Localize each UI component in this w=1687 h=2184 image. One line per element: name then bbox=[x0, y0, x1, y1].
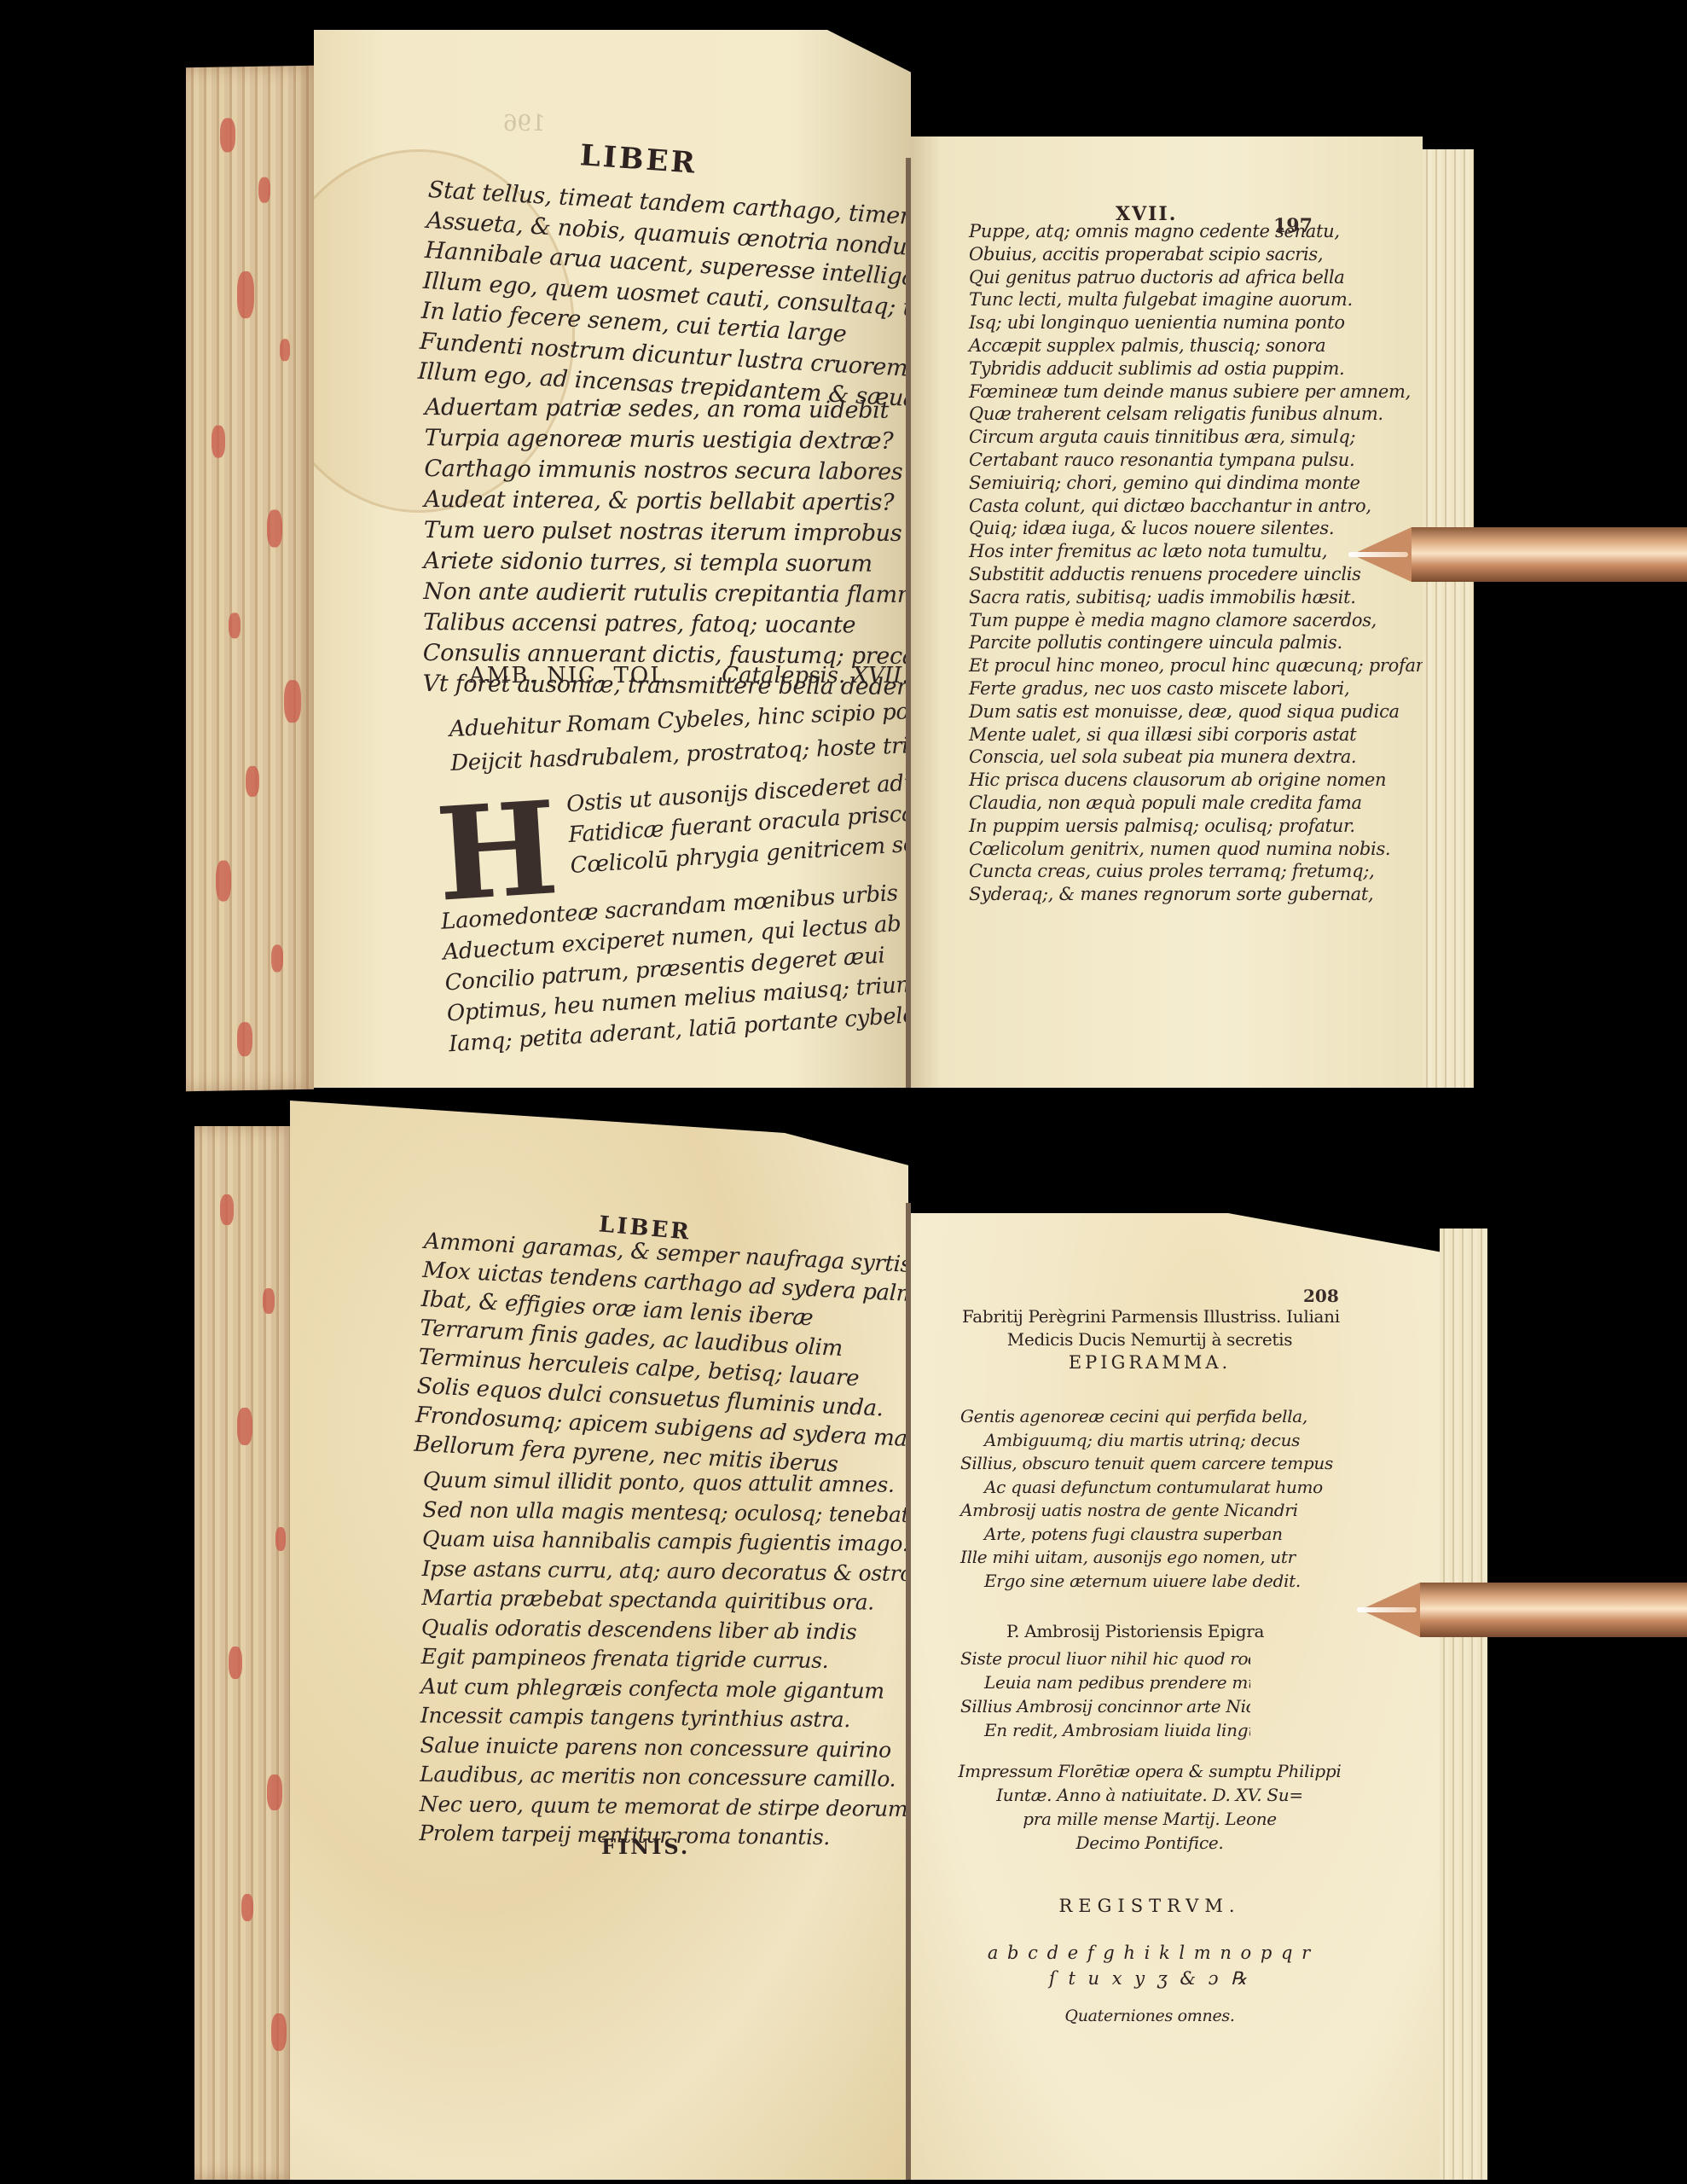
verse-line: Egit pampineos frenata tigride currus. bbox=[420, 1642, 908, 1677]
pencil-body bbox=[1412, 527, 1687, 582]
register-note: Quaterniones omnes. bbox=[979, 2007, 1320, 2025]
ghost-folio: 196 bbox=[503, 111, 546, 136]
register-row: a b c d e f g h i k l m n o p q r bbox=[979, 1943, 1320, 1963]
colophon-line: Impressum Florētiæ opera & sumptu Philip… bbox=[954, 1759, 1346, 1783]
verse-line: Ferte gradus, nec uos casto miscete labo… bbox=[969, 677, 1423, 700]
colophon-line: pra mille mense Martij. Leone bbox=[954, 1807, 1346, 1831]
section-title: Catalepsis. XVII. bbox=[722, 663, 908, 688]
left-page-top: 196 LIBER Stat tellus, timeat tandem car… bbox=[314, 30, 911, 1088]
verse-line: Carthago immunis nostros secura labores bbox=[424, 454, 911, 489]
verse-line: Hic prisca ducens clausorum ab origine n… bbox=[969, 769, 1423, 792]
top-book-spread: 196 LIBER Stat tellus, timeat tandem car… bbox=[0, 0, 1687, 1092]
verse-block-upper: Stat tellus, timeat tandem carthago, tim… bbox=[417, 175, 911, 420]
pencil-tip-icon bbox=[1352, 527, 1412, 582]
verse-line: Accæpit supplex palmis, thusciq; sonora bbox=[969, 334, 1423, 357]
verse-line: Et procul hinc moneo, procul hinc quæcun… bbox=[969, 654, 1423, 677]
pencil-pointer-top bbox=[1352, 527, 1687, 582]
verse-block-upper: Ammoni garamas, & semper naufraga syrtis… bbox=[414, 1227, 908, 1484]
verse-line: Martia præbebat spectanda quiritibus ora… bbox=[421, 1583, 908, 1618]
pencil-pointer-bottom bbox=[1360, 1583, 1687, 1637]
verse-line: Quæ traherent celsam religatis funibus a… bbox=[969, 403, 1423, 426]
epigram-line: Sillius, obscuro tenuit quem carcere tem… bbox=[960, 1452, 1333, 1476]
register-row: ſ t u x y ʒ & ɔ ℞ bbox=[979, 1968, 1320, 1989]
verse-line: Quum simul illidit ponto, quos attulit a… bbox=[423, 1466, 908, 1501]
epigram-line: Ergo sine æternum uiuere labe dedit. bbox=[960, 1570, 1333, 1594]
verse-line: Syderaq;, & manes regnorum sorte guberna… bbox=[969, 883, 1423, 906]
verse-block-middle: Aduertam patriæ sedes, an roma uidebit T… bbox=[422, 392, 911, 704]
verse-line: Sacra ratis, subitisq; uadis immobilis h… bbox=[969, 586, 1423, 609]
left-page-bottom: LIBER Ammoni garamas, & semper naufraga … bbox=[290, 1101, 908, 2180]
verse-line: Cœlicolum genitrix, numen quod numina no… bbox=[969, 838, 1423, 861]
colophon-line: Decimo Pontifice. bbox=[954, 1831, 1346, 1855]
colophon: Impressum Florētiæ opera & sumptu Philip… bbox=[954, 1759, 1346, 1855]
right-page-top: XVII. 197 Puppe, atq; omnis magno cedent… bbox=[911, 136, 1423, 1088]
epigram-line: En redit, Ambrosiam liuida lingua fu bbox=[960, 1718, 1250, 1742]
epigram-line: Ac quasi defunctum contumularat humo bbox=[960, 1476, 1333, 1500]
page-number: 208 bbox=[1303, 1286, 1339, 1306]
verse-line: Certabant rauco resonantia tympana pulsu… bbox=[969, 449, 1423, 472]
verse-line: Semiuiriq; chori, gemino qui dindima mon… bbox=[969, 472, 1423, 495]
second-epigram: Siste procul liuor nihil hic quod rodere… bbox=[960, 1647, 1250, 1742]
verse-line: Tum uero pulset nostras iterum improbus … bbox=[424, 515, 911, 550]
book-spine-bottom bbox=[194, 1126, 297, 2180]
verse-line: Circum arguta cauis tinnitibus æra, simu… bbox=[969, 426, 1423, 449]
verse-line: Dum satis est monuisse, deæ, quod siqua … bbox=[969, 700, 1423, 723]
dedication: Fabritij Perègrini Parmensis Illustriss.… bbox=[962, 1305, 1337, 1351]
verse-line: Aduertam patriæ sedes, an roma uidebit bbox=[425, 392, 911, 427]
verse-line: Claudia, non æquà populi male credita fa… bbox=[969, 792, 1423, 815]
fore-edge-bottom bbox=[1440, 1228, 1487, 2180]
finis-label: FINIS. bbox=[601, 1834, 690, 1859]
epigram-line: Ambiguumq; diu martis utrinq; decus bbox=[960, 1429, 1333, 1453]
verse-line: Obuius, accitis properabat scipio sacris… bbox=[969, 243, 1423, 266]
epigram: Gentis agenoreæ cecini qui perfida bella… bbox=[960, 1405, 1333, 1593]
verse-line: Tybridis adducit sublimis ad ostia puppi… bbox=[969, 357, 1423, 380]
pencil-tip-icon bbox=[1360, 1583, 1420, 1637]
epigram-line: Sillius Ambrosij concinnor arte Nicandri bbox=[960, 1694, 1250, 1718]
right-page-bottom: 208 Fabritij Perègrini Parmensis Illustr… bbox=[911, 1213, 1440, 2180]
verse-line: Turpia agenoreæ muris uestigia dextræ? bbox=[424, 423, 911, 458]
fore-edge-top bbox=[1423, 149, 1474, 1088]
verse-line: Isq; ubi longinquo uenientia numina pont… bbox=[969, 311, 1423, 334]
verse-line: Laudibus, ac meritis non concessure cami… bbox=[420, 1760, 908, 1795]
register-title: REGISTRVM. bbox=[1039, 1896, 1261, 1916]
epigram-line: Siste procul liuor nihil hic quod rodere… bbox=[960, 1647, 1250, 1670]
colophon-line: Iuntæ. Anno à natiuitate. D. XV. Su= bbox=[954, 1783, 1346, 1807]
epigram-line: Arte, potens fugi claustra superban bbox=[960, 1523, 1333, 1547]
verse-line: Incessit campis tangens tyrinthius astra… bbox=[420, 1701, 908, 1736]
argument-block: Aduehitur Romam Cybeles, hinc scipio pœn… bbox=[449, 691, 911, 781]
bottom-book-spread: LIBER Ammoni garamas, & semper naufraga … bbox=[0, 1092, 1687, 2184]
dedication-line: Medicis Ducis Nemurtij à secretis bbox=[962, 1328, 1337, 1351]
epigram-heading: EPIGRAMMA. bbox=[1039, 1352, 1261, 1373]
gutter-bottom bbox=[906, 1203, 911, 2180]
verse-line: Fœmineæ tum deinde manus subiere per amn… bbox=[969, 380, 1423, 404]
verse-line: Cuncta creas, cuius proles terramq; fret… bbox=[969, 860, 1423, 883]
verse-line: Puppe, atq; omnis magno cedente senatu, bbox=[969, 220, 1423, 243]
drop-cap: H bbox=[434, 797, 561, 907]
verse-block-lower: Quum simul illidit ponto, quos attulit a… bbox=[419, 1466, 908, 1854]
verse-line: Conscia, uel sola subeat pia munera dext… bbox=[969, 746, 1423, 769]
epigram-line: Gentis agenoreæ cecini qui perfida bella… bbox=[960, 1405, 1333, 1429]
verse-line: Audeat interea, & portis bellabit aperti… bbox=[424, 485, 911, 520]
verse-line: Mente ualet, si qua illæsi sibi corporis… bbox=[969, 723, 1423, 746]
verse-line: Parcite pollutis contingere uincula palm… bbox=[969, 631, 1423, 654]
book-spine-top bbox=[186, 66, 314, 1092]
verse-line: Tum puppe è media magno clamore sacerdos… bbox=[969, 609, 1423, 632]
dedication-line: Fabritij Perègrini Parmensis Illustriss.… bbox=[962, 1305, 1337, 1328]
second-epigram-title: P. Ambrosij Pistoriensis Epigra bbox=[1006, 1621, 1264, 1641]
section-author: AMB. NIC. TOL. bbox=[469, 663, 675, 688]
verse-line: In puppim uersis palmisq; oculisq; profa… bbox=[969, 815, 1423, 838]
running-head: LIBER bbox=[579, 138, 699, 181]
verse-line: Tunc lecti, multa fulgebat imagine auoru… bbox=[969, 288, 1423, 311]
section-heading: AMB. NIC. TOL. Catalepsis. XVII. bbox=[469, 663, 909, 688]
verse-line: Qui genitus patruo ductoris ad africa be… bbox=[969, 266, 1423, 289]
verse-line: Non ante audierit rutulis crepitantia fl… bbox=[423, 577, 911, 612]
epigram-line: Leuia nam pedibus prendere musca neq bbox=[960, 1670, 1250, 1694]
verse-line: Quam uisa hannibalis campis fugientis im… bbox=[422, 1525, 908, 1560]
verse-line: Talibus accensi patres, fatoq; uocante bbox=[423, 607, 911, 642]
verse-line: Casta colunt, qui dictæo bacchantur in a… bbox=[969, 495, 1423, 518]
epigram-line: Ambrosij uatis nostra de gente Nicandri bbox=[960, 1499, 1333, 1523]
pencil-body bbox=[1420, 1583, 1687, 1637]
verse-line: Ariete sidonio turres, si templa suorum bbox=[423, 546, 911, 581]
epigram-line: Ille mihi uitam, ausonijs ego nomen, utr bbox=[960, 1546, 1333, 1570]
chapter-opening: H Ostis ut ausonijs discederet aduena te… bbox=[433, 768, 911, 1060]
